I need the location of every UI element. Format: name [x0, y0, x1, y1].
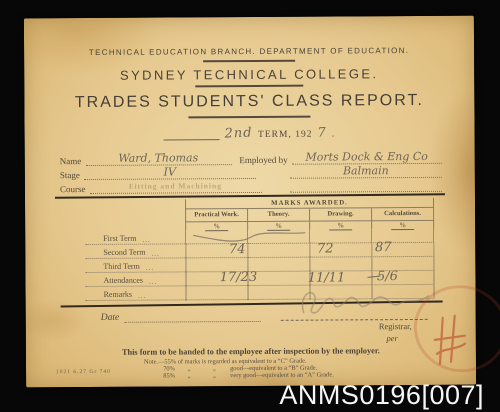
course-row: Course Fitting and Machining: [60, 178, 442, 194]
date-field: [125, 310, 261, 323]
name-value: Ward, Thomas: [118, 151, 198, 164]
stage-label: Stage: [60, 170, 84, 180]
registrar-label: Registrar,: [306, 321, 412, 332]
row-label: Remarks: [104, 290, 132, 300]
date-row: Date: [101, 311, 261, 323]
registrar-block: Registrar, per: [306, 321, 412, 344]
col-calculations: Calculations.: [371, 208, 434, 221]
printed-term-label: TERM, 192: [258, 130, 312, 140]
stage-value: IV: [164, 165, 176, 178]
leader-dots: ...: [151, 249, 159, 257]
course-stamp-value: Fitting and Machining: [129, 181, 222, 191]
row-label: Attendances: [103, 276, 143, 286]
divider-rule: [188, 116, 310, 119]
department-heading: TECHNICAL EDUCATION BRANCH. DEPARTMENT O…: [24, 46, 474, 58]
blank-field: [290, 177, 442, 193]
name-label: Name: [60, 156, 86, 166]
row-label: Second Term: [103, 248, 145, 258]
archive-photo: TECHNICAL EDUCATION BRANCH. DEPARTMENT O…: [0, 0, 500, 412]
col-drawing: Drawing.: [309, 208, 371, 221]
grade-note-line-3: 85% „ „ very good—equivalent to an “A” G…: [144, 371, 334, 379]
leader-dots: ...: [149, 277, 157, 285]
employer-location-value: Balmain: [343, 164, 389, 177]
form-title: TRADES STUDENTS' CLASS REPORT.: [24, 92, 474, 113]
per-label: per: [306, 333, 398, 344]
pencil-signature: [295, 282, 433, 323]
divider-rule: [195, 85, 303, 88]
employed-by-value: Morts Dock & Eng Co: [305, 150, 428, 164]
printed-term-suffix: .: [332, 129, 335, 139]
col-practical-work: Practical Work.: [185, 209, 247, 222]
date-label: Date: [101, 313, 126, 323]
leader-dots: ...: [138, 291, 146, 299]
divider-rule: [203, 60, 295, 63]
handwritten-term: 2nd: [225, 126, 253, 140]
leader-dots: ...: [143, 235, 151, 243]
catalog-number-label: ANMS0196[007]: [279, 380, 484, 411]
course-label: Course: [60, 184, 90, 194]
college-heading: SYDNEY TECHNICAL COLLEGE.: [24, 66, 474, 84]
row-label: First Term: [103, 234, 136, 244]
handwritten-year: 7: [317, 126, 327, 139]
col-theory: Theory.: [247, 209, 309, 222]
distribution-note: This form to be handed to the employee a…: [26, 346, 476, 358]
form-print-number: 1021 6.27 Gr 740: [56, 369, 111, 375]
term-line: 2nd TERM, 192 7 .: [25, 126, 475, 142]
course-field: Fitting and Machining: [89, 178, 261, 194]
row-label: Third Term: [103, 262, 139, 272]
blank-rule: [164, 130, 220, 140]
leader-dots: ...: [146, 263, 154, 271]
document-paper: TECHNICAL EDUCATION BRANCH. DEPARTMENT O…: [24, 16, 476, 388]
red-pencil-marks: [431, 314, 471, 369]
